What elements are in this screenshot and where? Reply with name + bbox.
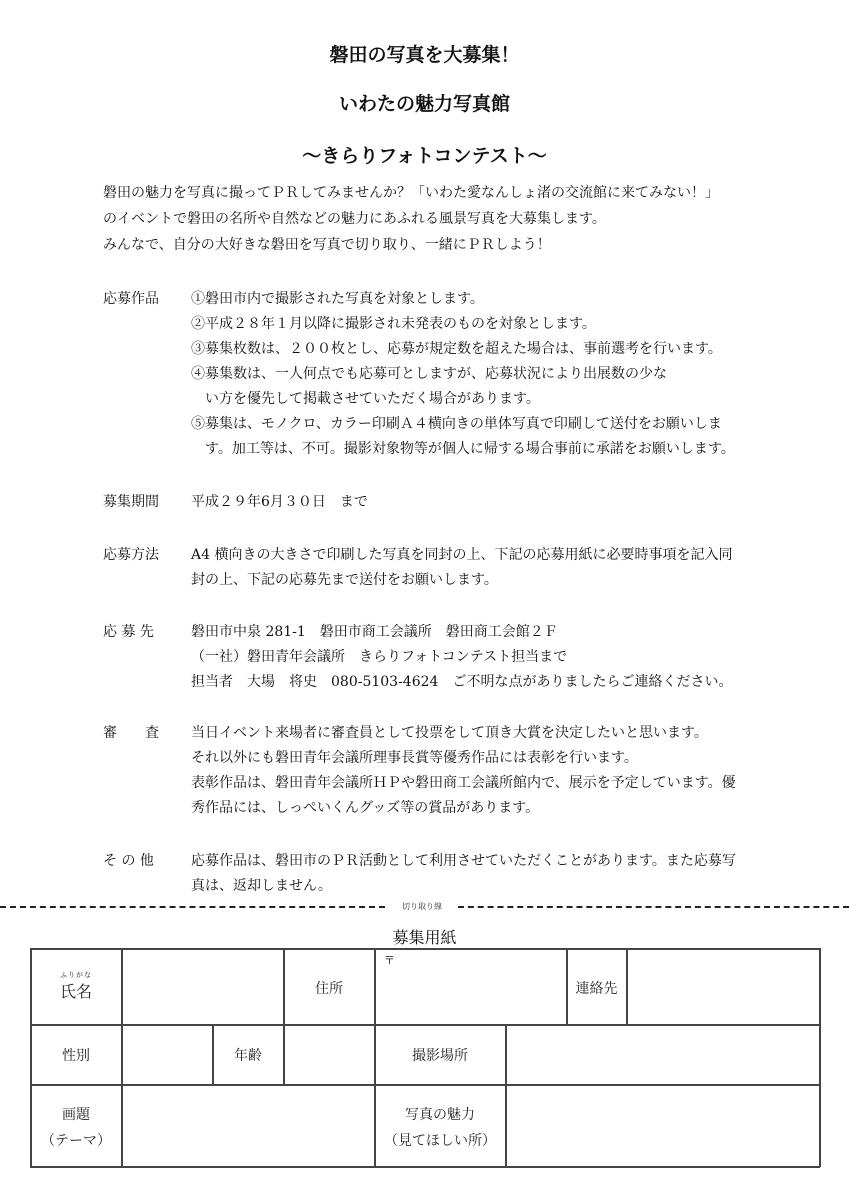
works-line: ③募集枚数は、２００枚とし、応募が規定数を超えた場合は、事前選考を行います。 (191, 338, 722, 358)
cut-line-label: 切り取り線 (402, 901, 442, 912)
table-border-bottom (30, 1166, 820, 1168)
address-input[interactable]: 〒 (376, 950, 565, 1023)
judging-line: それ以外にも磐田青年会議所理事長賞等優秀作品には表彰を行います。 (191, 747, 638, 767)
theme-sub-label: （テーマ） (31, 1128, 121, 1154)
title-sub: いわたの魅力写真館 (0, 89, 849, 116)
appeal-input[interactable] (507, 1086, 818, 1165)
cut-line-right (458, 906, 849, 908)
gender-input[interactable] (123, 1026, 211, 1083)
table-border-right (819, 948, 821, 1167)
section-label-other: そ の 他 (103, 850, 154, 870)
method-line: 封の上、下記の応募先まで送付をお願いします。 (191, 569, 498, 589)
name-input[interactable] (123, 950, 282, 1023)
appeal-label: 写真の魅力 (375, 1102, 505, 1128)
other-line: 応募作品は、磐田市のＰＲ活動として利用させていただくことがあります。また応募写 (191, 850, 736, 870)
age-label: 年齢 (213, 1045, 283, 1065)
judging-line: 表彰作品は、磐田青年会議所ＨＰや磐田商工会議所館内で、展示を予定しています。優 (191, 772, 736, 792)
judging-line: 当日イベント来場者に審査員として投票をして頂き大賞を決定したいと思います。 (191, 722, 708, 742)
works-line: ④募集数は、一人何点でも応募可としますが、応募状況により出展数の少な (191, 363, 667, 383)
form-title: 募集用紙 (0, 925, 849, 948)
address-line: 磐田市中泉 281-1 磐田市商工会議所 磐田商工会館２Ｆ (191, 621, 558, 641)
cut-line-left (0, 906, 385, 908)
name-ruby: ふりがな (31, 971, 121, 979)
name-label-cell: ふりがな 氏名 (31, 971, 121, 1002)
location-input[interactable] (507, 1026, 818, 1083)
location-label: 撮影場所 (375, 1045, 505, 1065)
contact-input[interactable] (628, 950, 818, 1023)
age-input[interactable] (285, 1026, 373, 1083)
address-label: 住所 (284, 978, 374, 998)
section-label-address: 応 募 先 (103, 621, 154, 641)
appeal-sub-label: （見てほしい所） (375, 1128, 505, 1154)
title-main: 磐田の写真を大募集！ (0, 40, 849, 67)
intro-line: のイベントで磐田の名所や自然などの魅力にあふれる風景写真を大募集します。 (103, 208, 606, 228)
section-label-method: 応募方法 (103, 544, 159, 564)
method-line: A4 横向きの大きさで印刷した写真を同封の上、下記の応募用紙に必要時事項を記入同 (191, 544, 732, 564)
works-line: す。加工等は、不可。撮影対象物等が個人に帰する場合事前に承諾をお願いします。 (191, 438, 735, 458)
intro-line: みんなで、自分の大好きな磐田を写真で切り取り、一緒にＰＲしよう！ (103, 234, 551, 254)
appeal-label-cell: 写真の魅力 （見てほしい所） (375, 1102, 505, 1154)
section-label-works: 応募作品 (103, 288, 159, 308)
works-line: い方を優先して掲載させていただく場合があります。 (191, 388, 540, 408)
section-label-period: 募集期間 (103, 491, 159, 511)
section-label-judging: 審 査 (103, 722, 159, 742)
works-line: ⑤募集は、モノクロ、カラー印刷Ａ４横向きの単体写真で印刷して送付をお願いしま (191, 413, 722, 433)
address-line: 担当者 大場 将史 080-5103-4624 ご不明な点がありましたらご連絡く… (191, 671, 732, 691)
judging-line: 秀作品には、しっぺいくんグッズ等の賞品があります。 (191, 797, 539, 817)
theme-label: 画題 (31, 1102, 121, 1128)
contact-label: 連絡先 (567, 978, 626, 998)
intro-line: 磐田の魅力を写真に撮ってＰＲしてみませんか？「いわた愛なんしょ渚の交流館に来てみ… (103, 182, 719, 202)
postal-mark: 〒 (384, 952, 395, 968)
name-label: 氏名 (60, 982, 92, 1001)
title-contest: ～きらりフォトコンテスト～ (0, 141, 849, 168)
gender-label: 性別 (31, 1045, 121, 1065)
theme-input[interactable] (123, 1086, 373, 1165)
address-line: （一社）磐田青年会議所 きらりフォトコンテスト担当まで (191, 646, 567, 666)
other-line: 真は、返却しません。 (191, 875, 332, 895)
works-line: ①磐田市内で撮影された写真を対象とします。 (191, 288, 484, 308)
theme-label-cell: 画題 （テーマ） (31, 1102, 121, 1154)
works-line: ②平成２８年１月以降に撮影され未発表のものを対象とします。 (191, 313, 596, 333)
period-line: 平成２９年6月３０日 まで (191, 491, 368, 511)
